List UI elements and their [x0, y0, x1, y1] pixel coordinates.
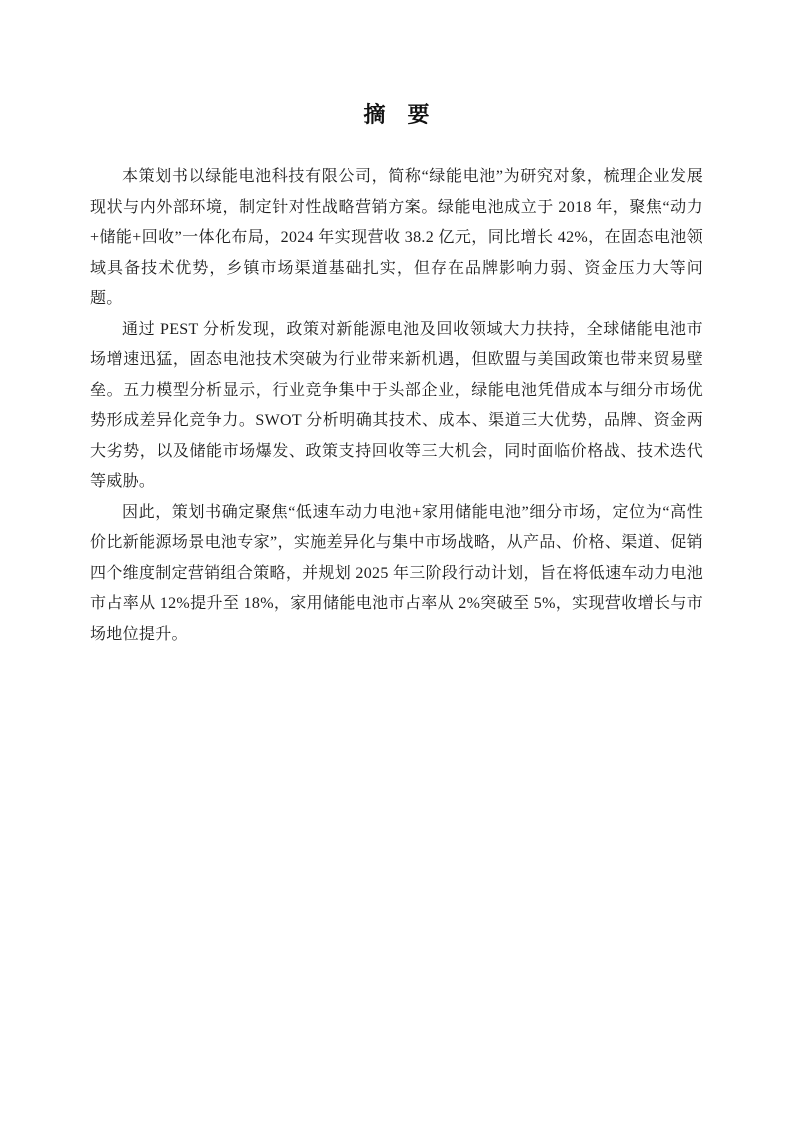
abstract-paragraph-3: 因此，策划书确定聚焦“低速车动力电池+家用储能电池”细分市场，定位为“高性价比新… [90, 498, 703, 651]
abstract-paragraph-2: 通过 PEST 分析发现，政策对新能源电池及回收领域大力扶持，全球储能电池市场增… [90, 315, 703, 498]
document-page: 摘 要 本策划书以绿能电池科技有限公司，简称“绿能电池”为研究对象，梳理企业发展… [0, 0, 793, 1122]
page-title: 摘 要 [0, 98, 793, 129]
abstract-paragraph-1: 本策划书以绿能电池科技有限公司，简称“绿能电池”为研究对象，梳理企业发展现状与内… [90, 162, 703, 315]
abstract-body: 本策划书以绿能电池科技有限公司，简称“绿能电池”为研究对象，梳理企业发展现状与内… [90, 162, 703, 650]
